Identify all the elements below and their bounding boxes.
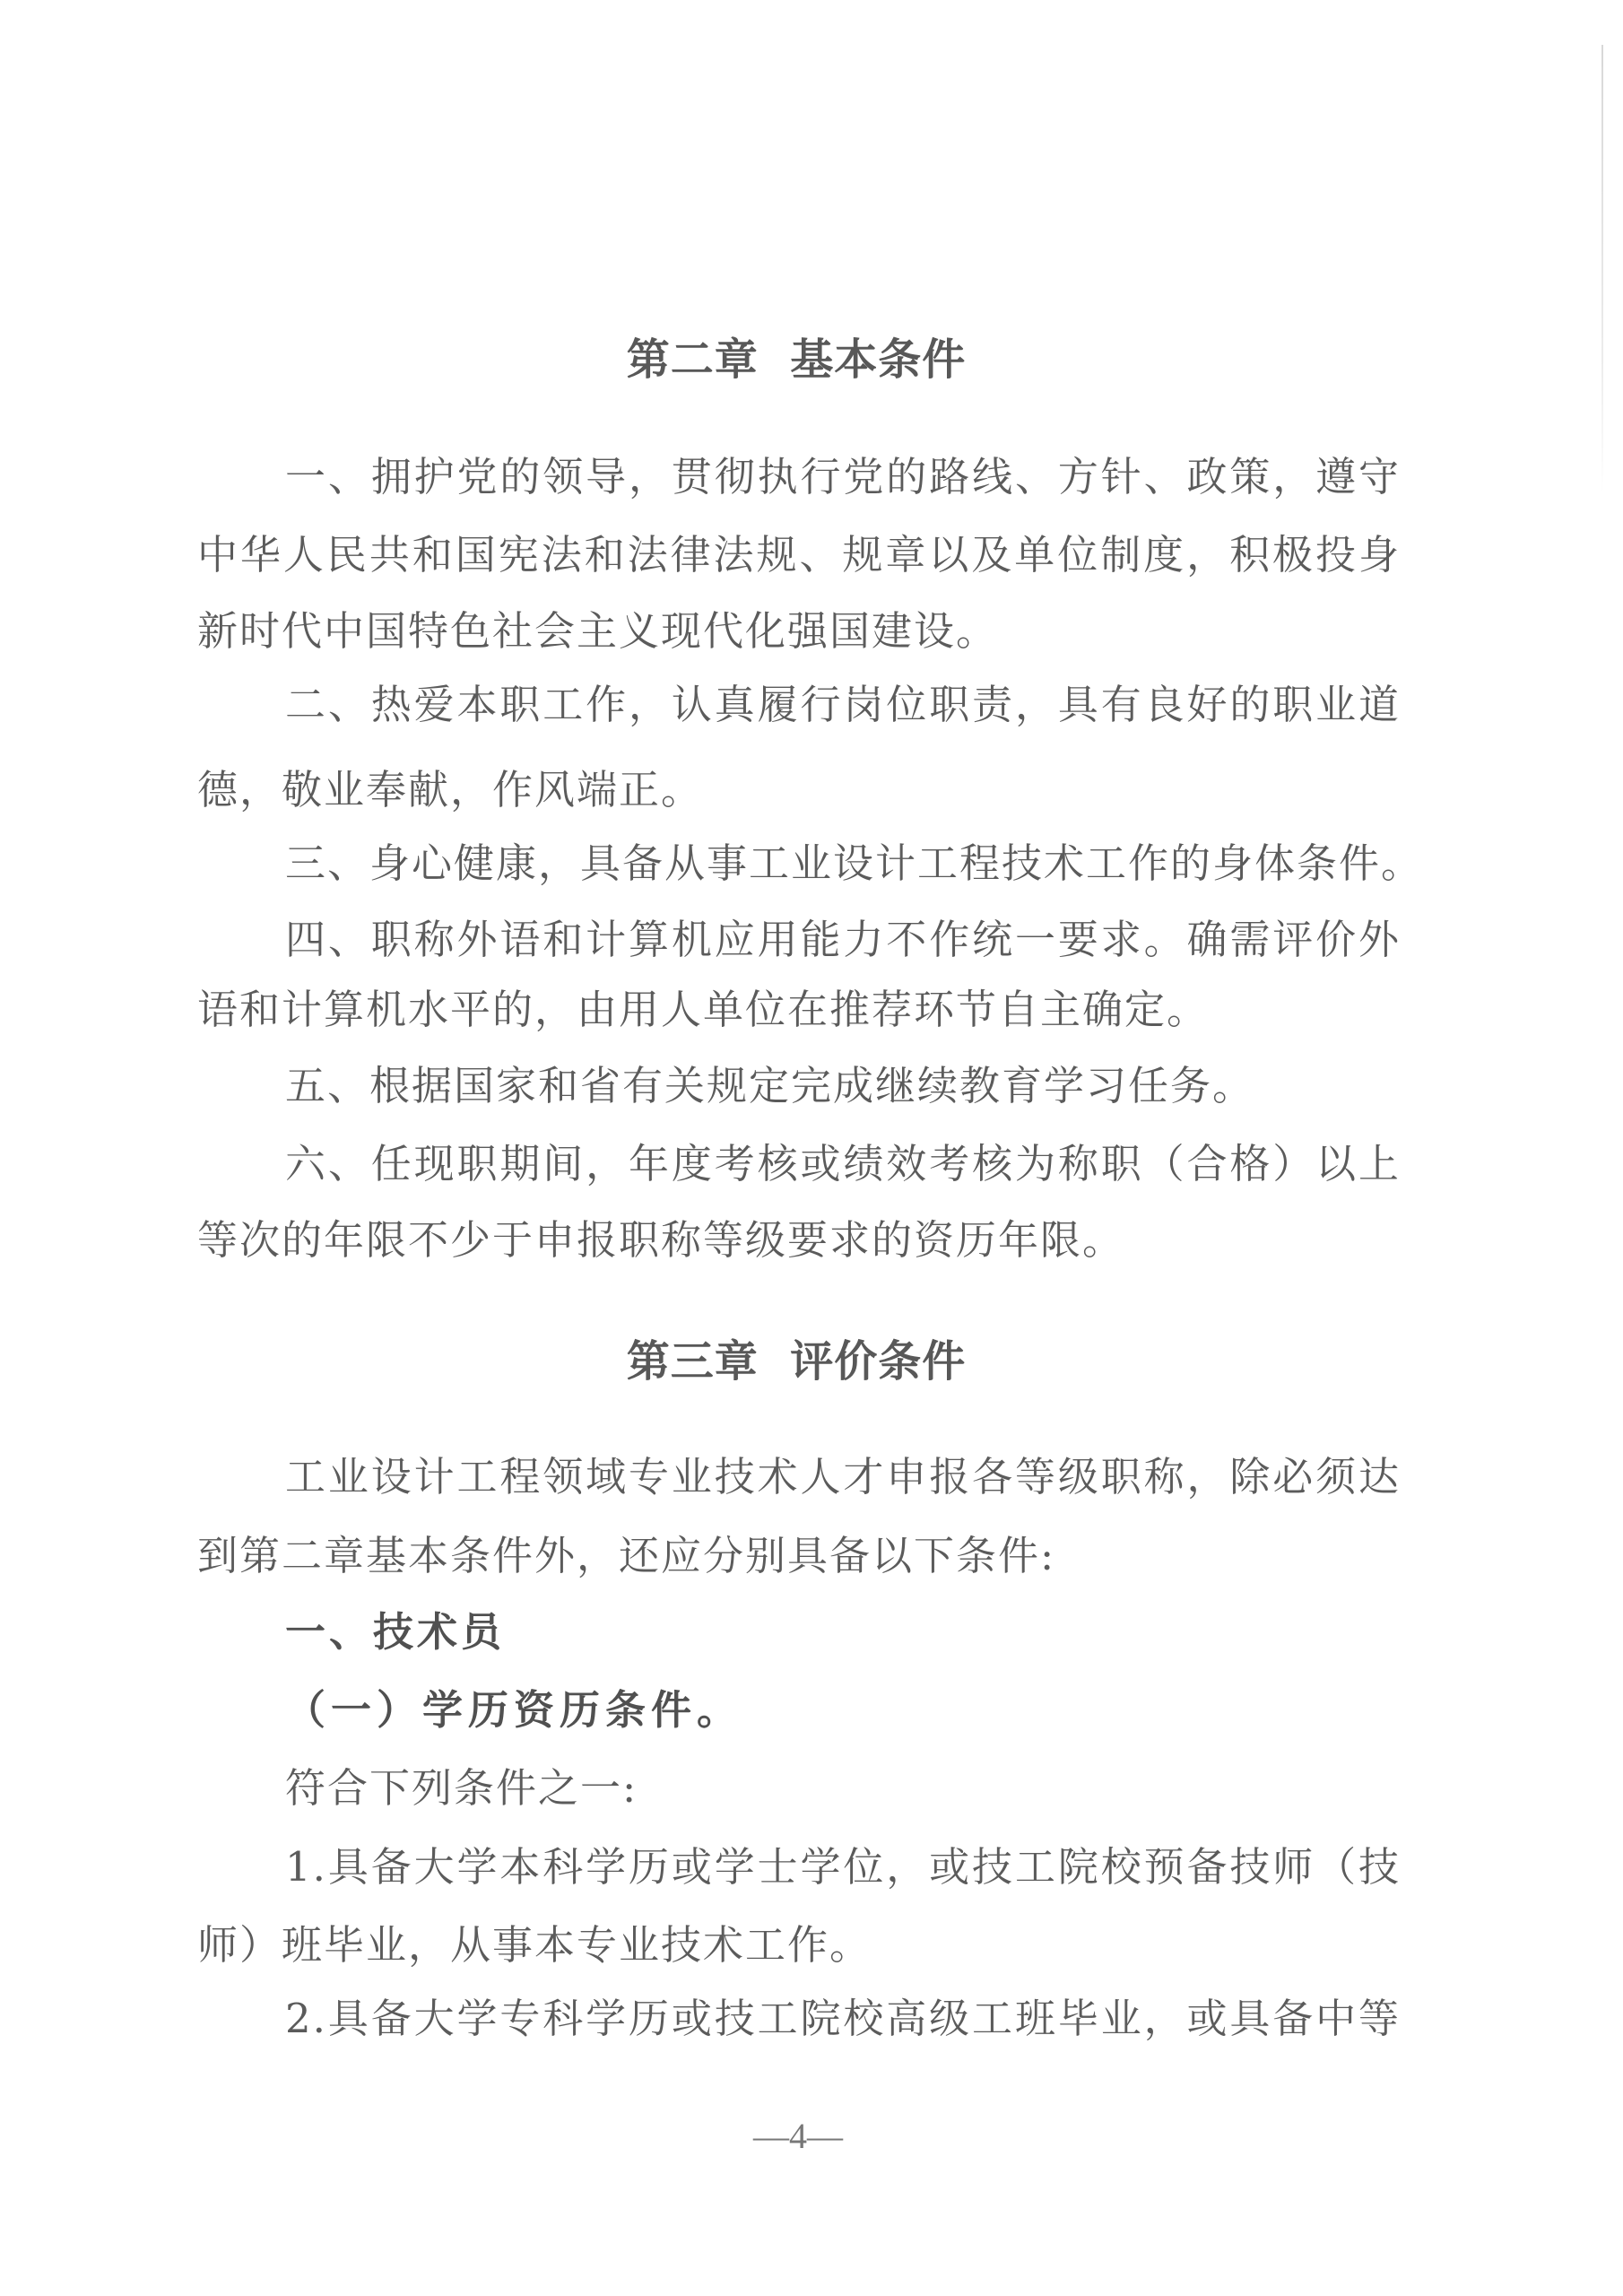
- paragraph-line: 1.具备大学本科学历或学士学位，或技工院校预备技师（技: [285, 1840, 1401, 1894]
- paragraph-line: 三、身心健康，具备从事工业设计工程技术工作的身体条件。: [285, 837, 1401, 891]
- paragraph-line: 工业设计工程领域专业技术人才申报各等级职称，除必须达: [285, 1450, 1401, 1504]
- paragraph-line: 中华人民共和国宪法和法律法规、规章以及单位制度，积极投身: [197, 528, 1401, 582]
- paragraph-line: 语和计算机水平的，由用人单位在推荐环节自主确定。: [197, 983, 1401, 1037]
- subsection-heading-education: （一）学历资历条件。: [285, 1683, 742, 1737]
- chapter-2-title: 第二章 基本条件: [0, 333, 1593, 387]
- paragraph-line: 新时代中国特色社会主义现代化强国建设。: [197, 604, 1401, 658]
- paragraph-line: 德，敬业奉献，作风端正。: [197, 763, 1401, 817]
- chapter-3-title: 第三章 评价条件: [0, 1335, 1593, 1388]
- paragraph-line: 四、职称外语和计算机应用能力不作统一要求。确需评价外: [285, 913, 1401, 967]
- scan-edge-line: [1601, 45, 1603, 493]
- paragraph-line: 一、拥护党的领导，贯彻执行党的路线、方针、政策，遵守: [285, 450, 1401, 504]
- paragraph-line: 到第二章基本条件外，还应分别具备以下条件:: [197, 1529, 1401, 1583]
- paragraph-line: 二、热爱本职工作，认真履行岗位职责，具有良好的职业道: [285, 678, 1401, 732]
- condition-lead: 符合下列条件之一:: [285, 1761, 1401, 1815]
- page-number: —4—: [0, 2117, 1596, 2156]
- paragraph-line: 六、任现职期间，年度考核或绩效考核为称职（合格）以上: [285, 1137, 1401, 1191]
- paragraph-line: 2.具备大学专科学历或技工院校高级工班毕业，或具备中等: [285, 1992, 1401, 2046]
- paragraph-line: 师）班毕业，从事本专业技术工作。: [197, 1918, 1401, 1972]
- paragraph-line: 等次的年限不少于申报职称等级要求的资历年限。: [197, 1213, 1401, 1267]
- section-heading-technician: 一、技术员: [285, 1605, 505, 1659]
- paragraph-line: 五、根据国家和省有关规定完成继续教育学习任务。: [285, 1059, 1401, 1113]
